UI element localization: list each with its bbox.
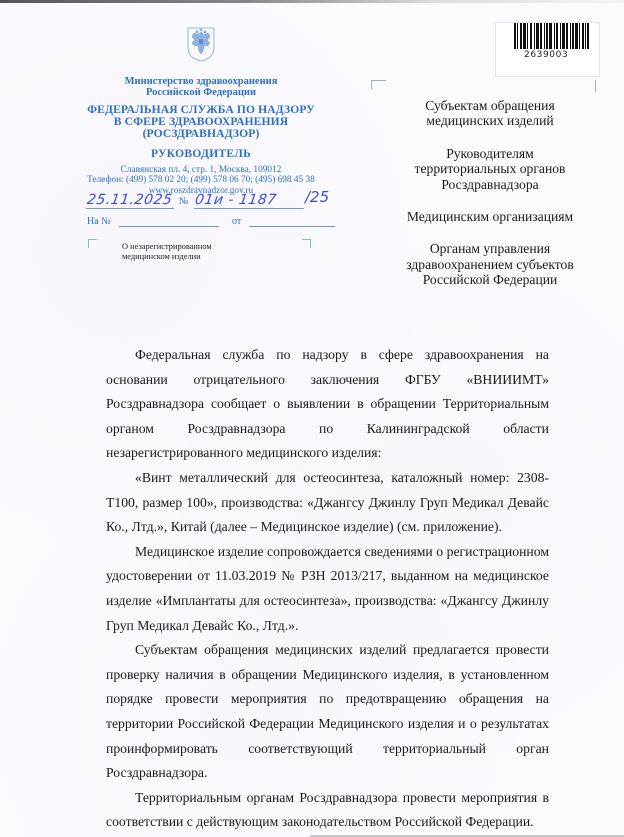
number-label: № — [179, 196, 189, 207]
paragraph-4: Территориальным органам Росздравнадзора … — [106, 786, 549, 835]
coat-of-arms-icon — [186, 26, 216, 62]
address: Славянская пл. 4, стр. 1, Москва, 109012 — [76, 165, 326, 175]
letterhead: Министерство здравоохранения Российской … — [76, 26, 326, 196]
addressee-line: Субъектам обращения — [380, 98, 600, 113]
addressee-bracket-right — [595, 80, 596, 92]
reference-line: На № от — [87, 214, 332, 230]
addressee-line: территориальных органов — [380, 161, 600, 176]
addressee-line: Руководителям — [380, 146, 600, 161]
service-line-3: (РОСЗДРАВНАДЗОР) — [76, 128, 326, 140]
reference-number-blank — [119, 226, 219, 227]
paragraph-2: Медицинское изделие сопровождается сведе… — [106, 540, 549, 638]
service-name: ФЕДЕРАЛЬНАЯ СЛУЖБА ПО НАДЗОРУ В СФЕРЕ ЗД… — [76, 104, 326, 140]
registration-number: 01и - 1187 — [194, 192, 306, 209]
registration-suffix: /25 — [305, 188, 329, 206]
paragraph-0: Федеральная служба по надзору в сфере зд… — [106, 343, 549, 466]
barcode-number: 2639003 — [524, 50, 568, 60]
paragraph-3: Субъектам обращения медицинских изделий … — [106, 638, 549, 786]
registration-line: 25.11.2025 № 01и - 1187 /25 — [85, 192, 330, 214]
barcode-icon — [514, 23, 590, 49]
registration-date: 25.11.2025 — [86, 192, 176, 209]
subject-line-2: медицинском изделии — [122, 252, 272, 262]
addressee-2: Медицинским организациям — [380, 209, 600, 224]
page-edge — [0, 0, 624, 3]
addressee-line: Медицинским организациям — [380, 209, 600, 224]
addressee-line: здравоохранением субъектов — [380, 257, 600, 272]
ministry-line-1: Министерство здравоохранения — [76, 76, 326, 87]
phones: Телефон: (499) 578 02 20; (499) 578 06 7… — [60, 175, 342, 185]
ministry-line-2: Российской Федерации — [76, 87, 326, 98]
ministry-name: Министерство здравоохранения Российской … — [76, 76, 326, 98]
addressee-line: Российской Федерации — [380, 272, 600, 287]
bracket-top-left — [88, 239, 97, 248]
addressee-1: Руководителям территориальных органов Ро… — [380, 146, 600, 192]
addressee-bracket-left — [371, 80, 386, 89]
head-title: РУКОВОДИТЕЛЬ — [76, 148, 326, 160]
addressee-line: Росздравнадзора — [380, 177, 600, 192]
subject-line-1: О незарегистрированном — [122, 242, 272, 252]
bracket-top-right — [302, 239, 311, 248]
addressee-3: Органам управления здравоохранением субъ… — [380, 241, 600, 287]
subject: О незарегистрированном медицинском издел… — [122, 242, 272, 263]
reference-from-label: от — [232, 216, 241, 227]
reference-label: На № — [87, 216, 111, 227]
addressees: Субъектам обращения медицинских изделий … — [380, 98, 600, 305]
addressee-line: медицинских изделий — [380, 113, 600, 128]
barcode-label: 2639003 — [495, 22, 600, 77]
addressee-line: Органам управления — [380, 241, 600, 256]
reference-date-blank — [249, 226, 335, 227]
paragraph-1: «Винт металлический для остеосинтеза, ка… — [106, 466, 549, 540]
letter-body: Федеральная служба по надзору в сфере зд… — [106, 343, 549, 835]
addressee-0: Субъектам обращения медицинских изделий — [380, 98, 600, 129]
